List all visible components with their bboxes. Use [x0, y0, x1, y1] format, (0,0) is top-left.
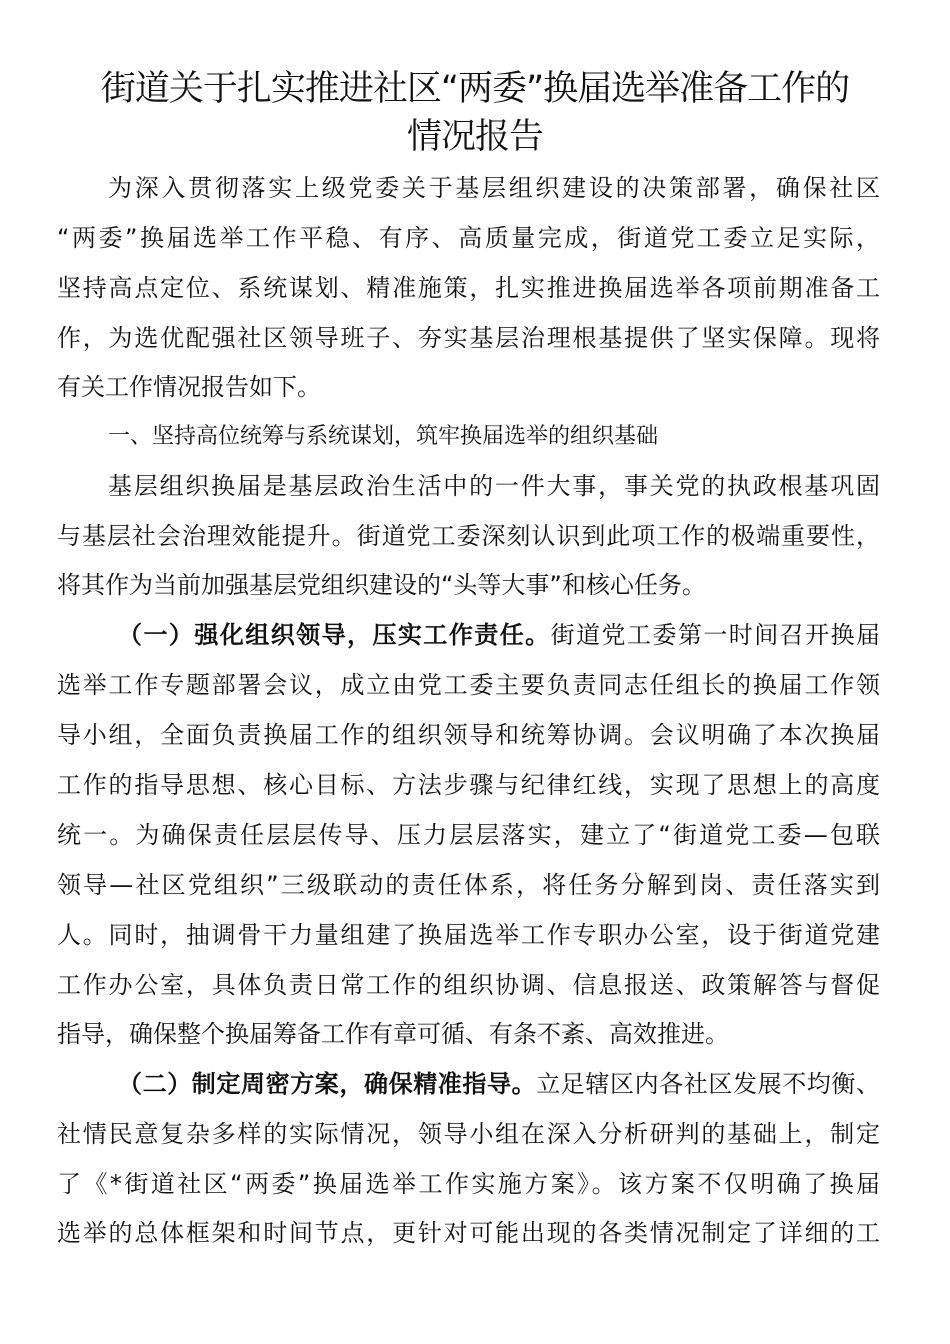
- subsection-2-line-3: 了《*街道社区“两委”换届选举工作实施方案》。该方案不仅明确了换届: [57, 1159, 880, 1209]
- document-title-line-2: 情况报告: [40, 112, 910, 162]
- intro-line-4: 作，为选优配强社区领导班子、夯实基层治理根基提供了坚实保障。现将: [57, 313, 880, 363]
- intro-line-3: 坚持高点定位、系统谋划、精准施策，扎实推进换届选举各项前期准备工: [57, 263, 880, 313]
- subsection-1-line-9: 指导，确保整个换届筹备工作有章可循、有条不紊、高效推进。: [57, 1009, 880, 1059]
- intro-line-5: 有关工作情况报告如下。: [57, 362, 880, 412]
- subsection-2-line-4: 选举的总体框架和时间节点，更针对可能出现的各类情况制定了详细的工: [57, 1208, 880, 1258]
- subsection-1-line-4: 工作的指导思想、核心目标、方法步骤与纪律红线，实现了思想上的高度: [57, 760, 880, 810]
- subsection-1-line-3: 导小组，全面负责换届工作的组织领导和统筹协调。会议明确了本次换届: [57, 710, 880, 760]
- intro-line-2: “两委”换届选举工作平稳、有序、高质量完成，街道党工委立足实际，: [57, 213, 880, 263]
- subsection-2-first-line: （二）制定周密方案，确保精准指导。立足辖区内各社区发展不均衡、: [118, 1059, 880, 1109]
- subsection-2-heading: （二）制定周密方案，确保精准指导。: [118, 1070, 536, 1098]
- subsection-1-line-2: 选举工作专题部署会议，成立由党工委主要负责同志任组长的换届工作领: [57, 660, 880, 710]
- subsection-1-line-7: 人。同时，抽调骨干力量组建了换届选举工作专职办公室，设于街道党建: [57, 910, 880, 960]
- subsection-1-line-8: 工作办公室，具体负责日常工作的组织协调、信息报送、政策解答与督促: [57, 960, 880, 1010]
- subsection-1-first-line: （一）强化组织领导，压实工作责任。街道党工委第一时间召开换届: [118, 610, 880, 660]
- document-title-line-1: 街道关于扎实推进社区“两委”换届选举准备工作的: [40, 64, 910, 114]
- subsection-2-first-text: 立足辖区内各社区发展不均衡、: [536, 1070, 880, 1098]
- subsection-1-first-text: 街道党工委第一时间召开换届: [551, 621, 880, 649]
- section-1-para-line-1: 基层组织换届是基层政治生活中的一件大事，事关党的执政根基巩固: [108, 461, 880, 511]
- subsection-1-line-5: 统一。为确保责任层层传导、压力层层落实，建立了“街道党工委—包联: [57, 810, 880, 860]
- intro-line-1: 为深入贯彻落实上级党委关于基层组织建设的决策部署，确保社区: [108, 163, 880, 213]
- subsection-2-line-2: 社情民意复杂多样的实际情况，领导小组在深入分析研判的基础上，制定: [57, 1109, 880, 1159]
- subsection-1-heading: （一）强化组织领导，压实工作责任。: [118, 621, 551, 649]
- section-1-para-line-2: 与基层社会治理效能提升。街道党工委深刻认识到此项工作的极端重要性，: [57, 511, 880, 561]
- subsection-1-line-6: 领导—社区党组织”三级联动的责任体系，将任务分解到岗、责任落实到: [57, 860, 880, 910]
- document-page: 街道关于扎实推进社区“两委”换届选举准备工作的 情况报告 为深入贯彻落实上级党委…: [0, 0, 950, 1344]
- section-1-heading: 一、坚持高位统筹与系统谋划，筑牢换届选举的组织基础: [108, 412, 880, 462]
- section-1-para-line-3: 将其作为当前加强基层党组织建设的“头等大事”和核心任务。: [57, 560, 880, 610]
